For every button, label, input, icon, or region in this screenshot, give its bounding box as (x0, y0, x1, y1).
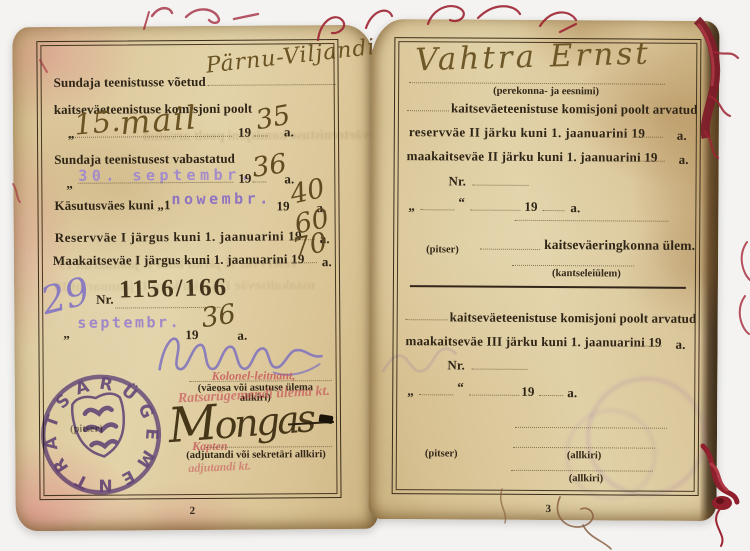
militia-label: Maakaitseväe I järgus kuni 1. jaanuarini… (53, 251, 305, 269)
commission-arvatud-label-2: kaitseväeteenistuse komisjoni poolt arva… (450, 309, 697, 327)
seal-label-2: (pitser) (425, 448, 458, 459)
year-suffix: a. (284, 124, 294, 140)
open-quote: „ (63, 326, 70, 342)
adjutant-signature-caption: (adjutandi või sekretäri allkiri) (186, 449, 326, 461)
dotted-line (539, 395, 563, 396)
stamp-coat-of-arms (70, 392, 129, 460)
adjutant-signature: Mongas (166, 387, 315, 454)
open-quote: „ (407, 383, 414, 399)
enlisted-label: Sundaja teenistusse võetud (54, 74, 206, 91)
dotted-line (542, 210, 564, 211)
left-page-number: 2 (190, 505, 196, 517)
nr-label-2: Nr. (447, 357, 465, 373)
close-quote: “ (457, 379, 464, 395)
year-suffix: a. (567, 385, 577, 401)
dotted-line (208, 84, 336, 86)
dotted-line (513, 447, 655, 449)
handwritten-name: Vahtra Ernst (415, 36, 651, 79)
purple-stamp-disposal-month: nowembr. (171, 189, 271, 208)
right-page-number: 3 (546, 503, 552, 515)
year-suffix: a. (679, 152, 689, 168)
regiment-round-stamp: RATSARÜGEMENT (16, 350, 186, 520)
handwritten-year-36b: 36 (199, 298, 238, 334)
open-quote: „ (66, 176, 73, 192)
chancery-caption: (kantseleiülem) (552, 268, 621, 279)
commission-arvatud-label-1: kaitseväeteenistuse komisjoni poolt arva… (451, 100, 698, 118)
section-divider (410, 285, 686, 289)
dotted-line (469, 395, 519, 396)
dotted-line (420, 209, 454, 210)
purple-stamp-issue-month: septembr. (77, 313, 181, 332)
year-prefix: 19 (238, 125, 251, 141)
militia2-label: maakaitseväe II järku kuni 1. jaanuarini… (407, 148, 658, 166)
district-chief-label: kaitseväeringkonna ülem. (544, 237, 695, 254)
dotted-line (636, 346, 662, 347)
year-prefix: 19 (238, 171, 251, 187)
right-page: Vahtra Ernst (perekonna- ja eesnimi) kai… (368, 19, 719, 521)
handwritten-year-36: 36 (250, 148, 289, 184)
year-prefix: 19 (524, 199, 537, 215)
seal-label-1: (pitser) (426, 244, 459, 255)
militia3-label: maakaitseväe III järku kuni 1. jaanuarin… (406, 333, 662, 351)
left-page-frame: kaitseväeteenistuse komisjoni poolt arva… (36, 39, 341, 500)
stamp-ring-text: RATSARÜGEMENT (15, 348, 188, 521)
year-prefix: 19 (276, 198, 289, 214)
handwritten-nr-value: 1156/166 (119, 274, 229, 305)
signature-caption-1: (allkiri) (567, 450, 601, 461)
red-stamp-title-2: adjutandi kt. (188, 459, 251, 477)
dotted-line (515, 427, 667, 429)
dotted-line (512, 265, 634, 267)
reserve-label: Reservväe I järgus kuni 1. jaanuarini 19 (55, 228, 303, 246)
year-suffix: a. (675, 337, 685, 353)
handwritten-place: Pärnu-Viljandi (205, 35, 377, 79)
dotted-line (471, 369, 527, 370)
nr-label-1: Nr. (448, 173, 466, 189)
right-page-frame: Vahtra Ernst (perekonna- ja eesnimi) kai… (392, 37, 702, 496)
dotted-line (470, 210, 520, 211)
dotted-line (407, 110, 449, 111)
dotted-line (206, 446, 332, 448)
dotted-line (406, 319, 448, 320)
dotted-line (409, 82, 665, 85)
reserve2-label: reservväe II järku kuni 1. jaanuarini 19 (409, 124, 646, 141)
dotted-line (473, 185, 529, 186)
left-page: kaitseväeteenistuse komisjoni poolt arva… (12, 25, 378, 532)
dotted-line (639, 161, 665, 162)
dotted-line (480, 249, 540, 250)
year-suffix: a. (570, 200, 580, 216)
open-quote: „ (408, 198, 415, 214)
scanned-booklet-spread: kaitseväeteenistuse komisjoni poolt arva… (0, 0, 750, 551)
close-quote: “ (458, 194, 465, 210)
red-threads-right (740, 242, 750, 334)
nr-label: Nr. (96, 292, 114, 308)
dotted-line (514, 220, 668, 222)
year-prefix: 19 (521, 384, 534, 400)
disposal-label: Käsutusväes kuni „1 (54, 197, 170, 214)
dotted-line (635, 137, 663, 138)
dotted-line (419, 394, 453, 395)
svg-text:RATSARÜGEMENT: RATSARÜGEMENT (15, 348, 188, 521)
dotted-line (511, 470, 653, 472)
year-suffix: a. (322, 254, 332, 270)
name-caption: (perekonna- ja eesnimi) (493, 86, 599, 98)
year-suffix: a. (677, 128, 687, 144)
signature-caption-2: (allkiri) (569, 473, 603, 484)
